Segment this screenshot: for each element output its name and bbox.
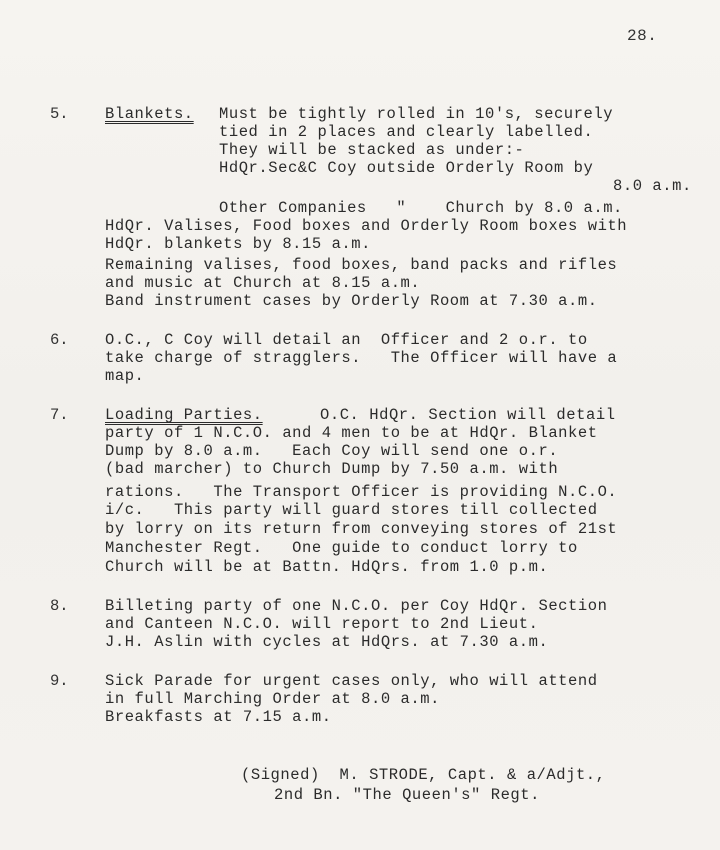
text-line: O.C. HdQr. Section will detail xyxy=(320,406,616,424)
text-line: Other Companies " Church by 8.0 a.m. xyxy=(219,199,623,217)
paragraph-number: 5. xyxy=(50,105,69,123)
paragraph-heading: Blankets. xyxy=(105,105,194,123)
text-line: Church will be at Battn. HdQrs. from 1.0… xyxy=(105,558,548,576)
paragraph-number: 8. xyxy=(50,597,69,615)
text-line: HdQr. blankets by 8.15 a.m. xyxy=(105,235,371,253)
signature-line: (Signed) M. STRODE, Capt. & a/Adjt., xyxy=(241,766,606,784)
text-line: Breakfasts at 7.15 a.m. xyxy=(105,708,332,726)
text-line: 8.0 a.m. xyxy=(613,177,692,195)
paragraph-heading: Loading Parties. xyxy=(105,406,263,424)
text-line: Remaining valises, food boxes, band pack… xyxy=(105,256,617,274)
text-line: Dump by 8.0 a.m. Each Coy will send one … xyxy=(105,442,558,460)
text-line: Band instrument cases by Orderly Room at… xyxy=(105,292,598,310)
text-line: (bad marcher) to Church Dump by 7.50 a.m… xyxy=(105,460,558,478)
text-line: HdQr. Valises, Food boxes and Orderly Ro… xyxy=(105,217,627,235)
text-line: HdQr.Sec&C Coy outside Orderly Room by xyxy=(219,159,593,177)
paragraph-number: 9. xyxy=(50,672,69,690)
text-line: i/c. This party will guard stores till c… xyxy=(105,501,598,519)
page-number: 28. xyxy=(627,27,657,45)
text-line: take charge of stragglers. The Officer w… xyxy=(105,349,617,367)
document-page: 28. 5. Blankets. Must be tightly rolled … xyxy=(0,0,720,850)
text-line: Must be tightly rolled in 10's, securely xyxy=(219,105,613,123)
text-line: in full Marching Order at 8.0 a.m. xyxy=(105,690,440,708)
text-line: map. xyxy=(105,367,144,385)
paragraph-number: 6. xyxy=(50,331,69,349)
signature-unit: 2nd Bn. "The Queen's" Regt. xyxy=(274,786,540,804)
text-line: rations. The Transport Officer is provid… xyxy=(105,483,617,501)
text-line: and music at Church at 8.15 a.m. xyxy=(105,274,420,292)
text-line: Billeting party of one N.C.O. per Coy Hd… xyxy=(105,597,607,615)
text-line: Manchester Regt. One guide to conduct lo… xyxy=(105,539,578,557)
text-line: J.H. Aslin with cycles at HdQrs. at 7.30… xyxy=(105,633,548,651)
text-line: party of 1 N.C.O. and 4 men to be at HdQ… xyxy=(105,424,598,442)
text-line: by lorry on its return from conveying st… xyxy=(105,520,617,538)
text-line: and Canteen N.C.O. will report to 2nd Li… xyxy=(105,615,538,633)
text-line: tied in 2 places and clearly labelled. xyxy=(219,123,593,141)
paragraph-number: 7. xyxy=(50,406,69,424)
text-line: O.C., C Coy will detail an Officer and 2… xyxy=(105,331,588,349)
text-line: They will be stacked as under:- xyxy=(219,141,524,159)
text-line: Sick Parade for urgent cases only, who w… xyxy=(105,672,598,690)
